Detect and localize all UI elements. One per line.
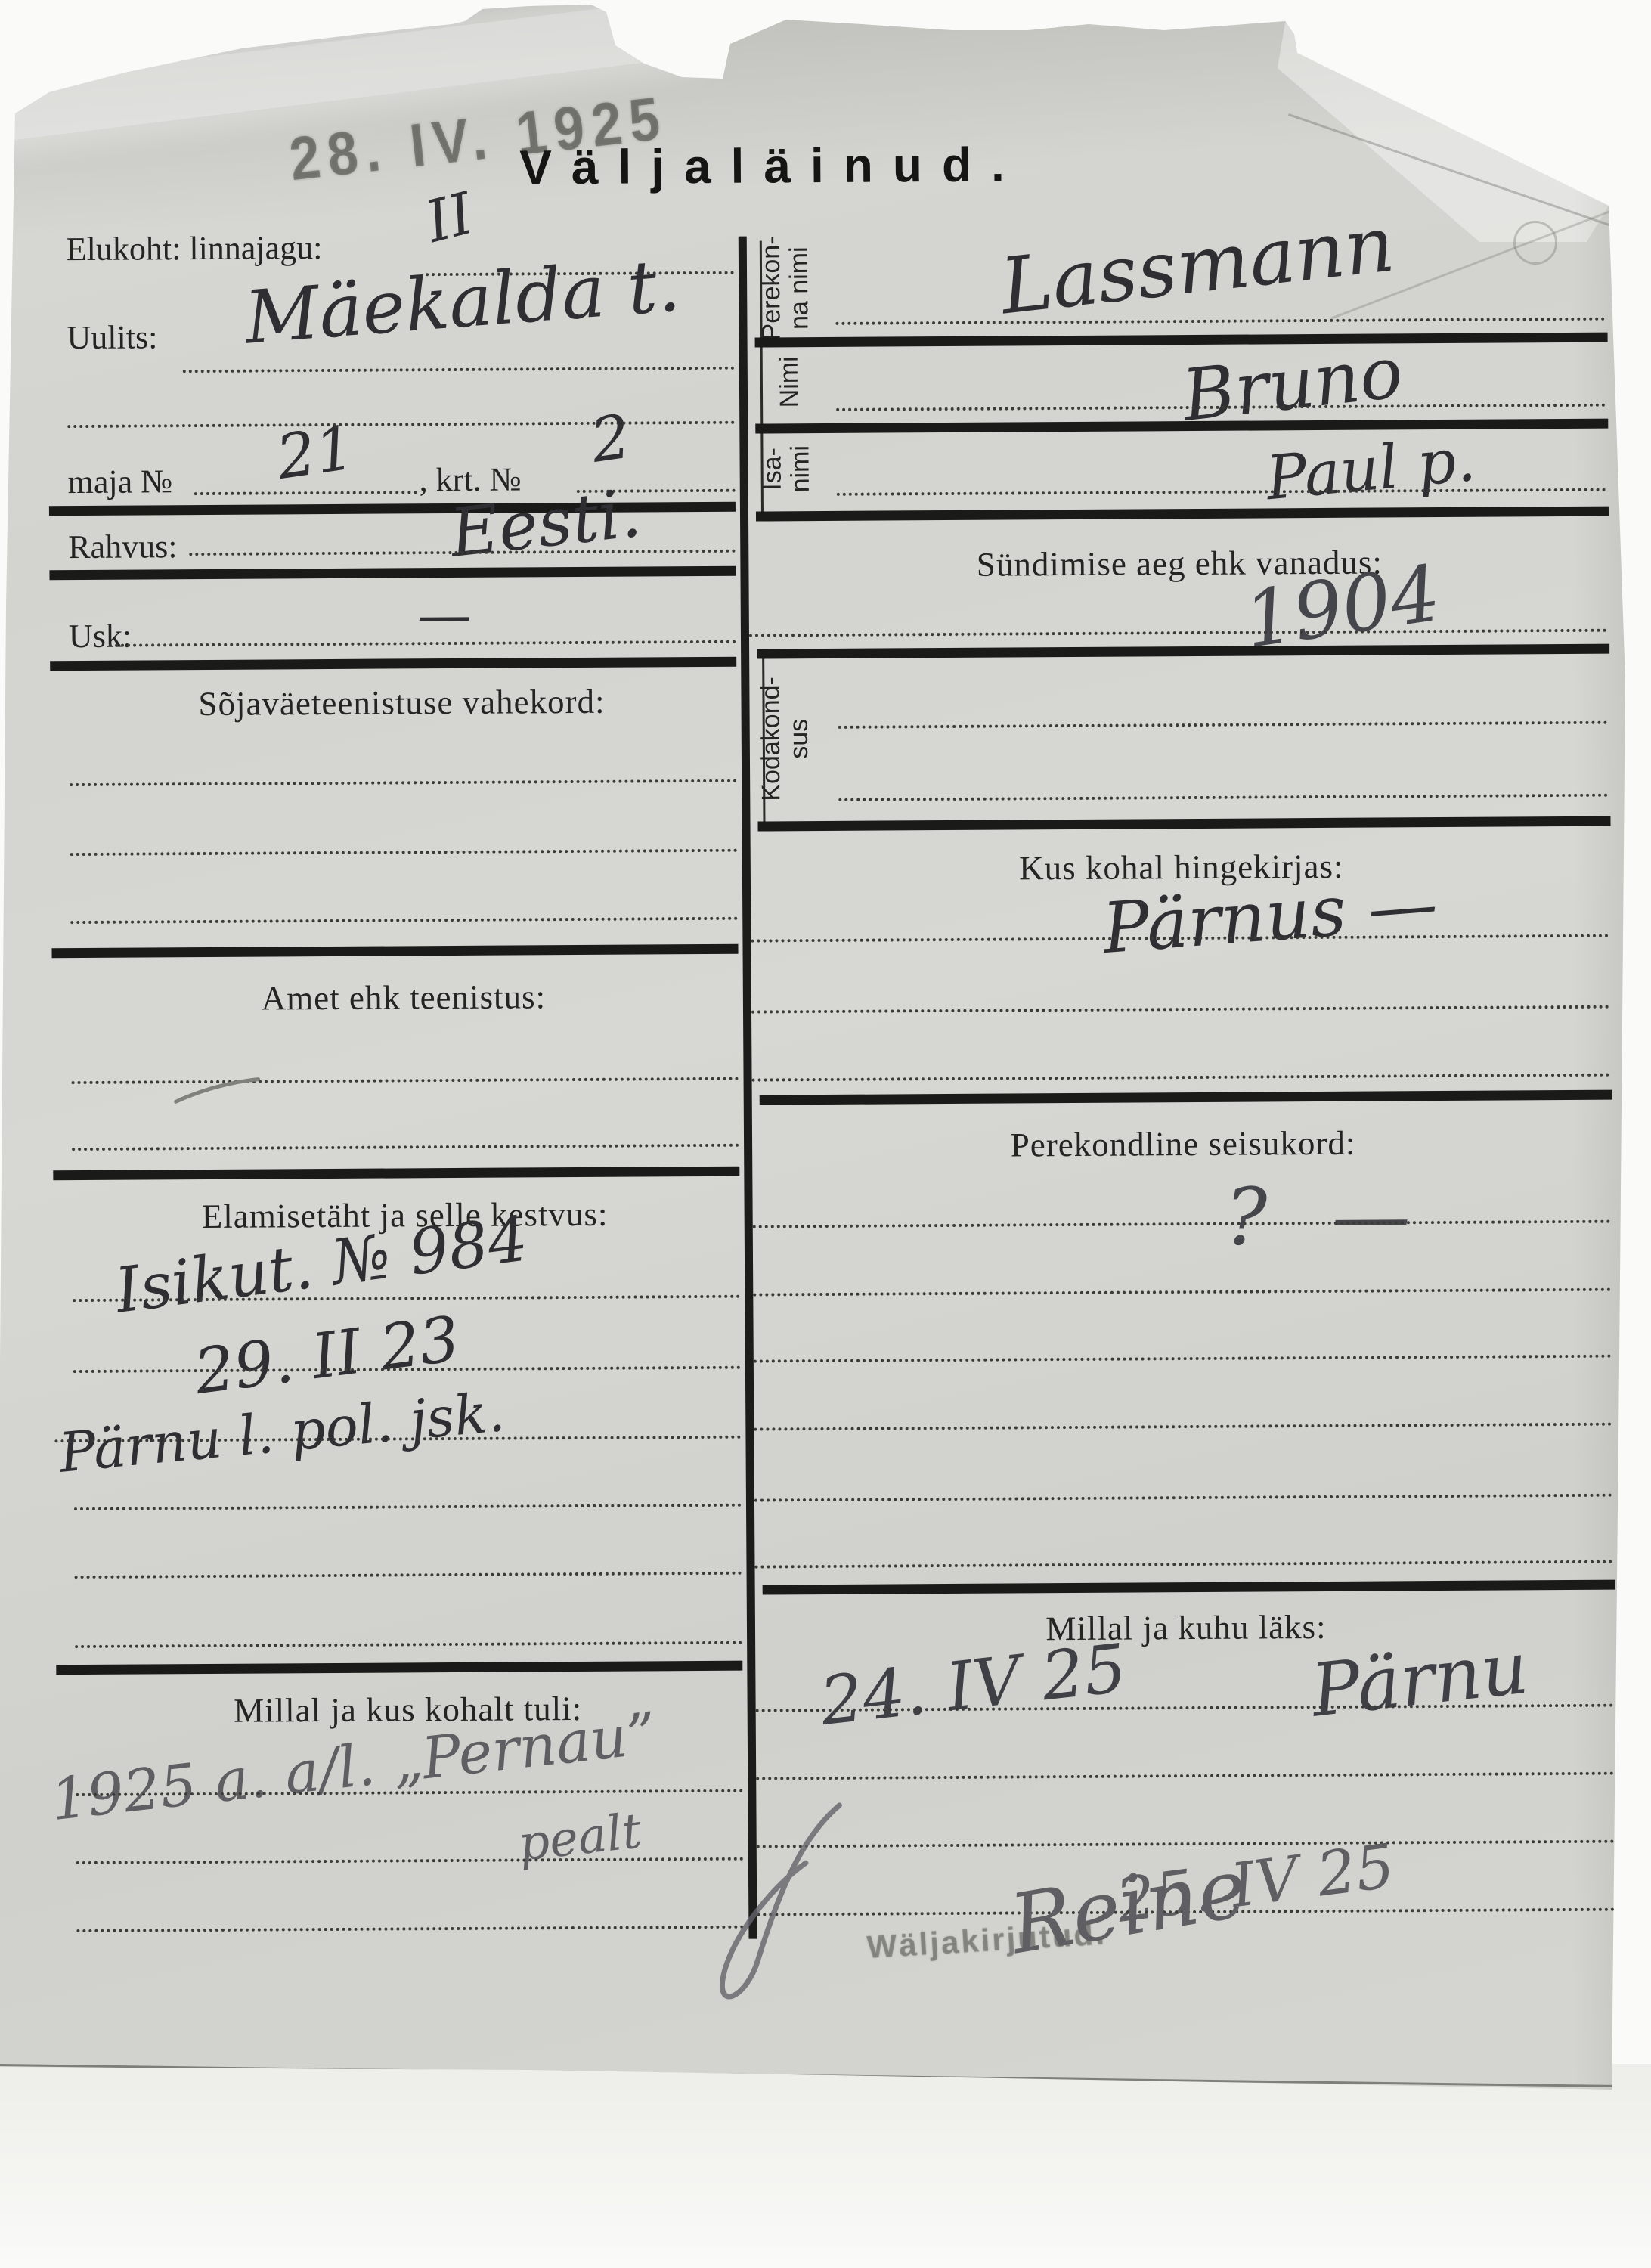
dotted-line (194, 491, 417, 495)
thick-rule (756, 507, 1609, 522)
dotted-line (753, 1220, 1611, 1228)
usk-value: — (417, 583, 472, 646)
perekondline-value: ? — (1225, 1170, 1430, 1263)
sundimise-heading: Sündimise aeg ehk vanadus: (752, 541, 1606, 586)
kodakondsus-label-line2: sus (785, 663, 813, 814)
maja-nr-value: 21 (272, 412, 358, 493)
dotted-line (838, 721, 1608, 729)
dotted-line (754, 1560, 1612, 1569)
dotted-line (754, 1494, 1612, 1502)
signature: Reine (1004, 1841, 1253, 1972)
dotted-line (754, 1355, 1612, 1363)
thick-rule (49, 566, 736, 581)
thick-rule (763, 1580, 1615, 1595)
perekondline-heading: Perekondline seisukord: (756, 1122, 1610, 1167)
thick-rule (755, 333, 1608, 348)
dotted-line (75, 1572, 742, 1579)
perekonnanimi-label-line1: Perekon- (757, 231, 786, 345)
dotted-line (838, 794, 1608, 801)
dotted-line (756, 1772, 1614, 1780)
dotted-line (76, 1857, 744, 1864)
isanimi-label-line1: Isa- (758, 412, 787, 525)
dotted-line (835, 318, 1605, 325)
margin-mark: II (419, 179, 479, 256)
perekonnanimi-value: Lassmann (996, 199, 1399, 332)
krt-nr-value: 2 (587, 401, 635, 476)
dotted-line (67, 421, 735, 428)
dotted-line (75, 1641, 742, 1648)
pencil-stroke (172, 1076, 263, 1110)
perekonnanimi-label-line2: na nimi (785, 231, 813, 345)
dotted-line (70, 779, 737, 786)
isanimi-vertical-label: Isa- nimi (758, 412, 832, 526)
dotted-line (70, 849, 738, 856)
center-divider (739, 237, 757, 1939)
sojavaeteenistus-heading: Sõjaväeteenistuse vahekord: (69, 681, 734, 724)
thick-rule (757, 816, 1610, 832)
kodakondsus-vertical-label: Kodakond- sus (757, 663, 830, 815)
isanimi-value: Paul p. (1263, 424, 1479, 513)
thick-rule (51, 944, 738, 959)
tuli-value-2: pealt (516, 1803, 644, 1873)
amet-heading: Amet ehk teenistus: (71, 976, 736, 1019)
dotted-line (183, 367, 735, 373)
dotted-line (752, 1074, 1610, 1082)
thick-rule (53, 1167, 739, 1181)
dotted-line (757, 1840, 1615, 1848)
thick-rule (757, 644, 1609, 659)
dotted-line (837, 488, 1606, 496)
thick-rule (755, 419, 1608, 434)
dotted-line (751, 1005, 1609, 1014)
dotted-line (753, 1288, 1611, 1297)
rahvus-label: Rahvus: (68, 527, 178, 566)
isanimi-label-line2: nimi (786, 412, 815, 525)
dotted-line (749, 629, 1607, 637)
thick-rule (760, 1090, 1612, 1105)
usk-label: Usk: (69, 617, 132, 656)
perekonnanimi-vertical-label: Perekon- na nimi (757, 231, 831, 345)
scanned-registration-card: 28. IV. 1925 Väljaläinud. II Elukoht: li… (0, 0, 1651, 2268)
dotted-line (74, 1504, 742, 1510)
form-content: 28. IV. 1925 Väljaläinud. II Elukoht: li… (0, 0, 1651, 2268)
thick-rule (50, 657, 736, 671)
dotted-line (754, 1423, 1612, 1431)
maja-nr-label: maja № (68, 462, 173, 501)
kodakondsus-label-line1: Kodakond- (757, 663, 785, 814)
dotted-line (72, 1144, 739, 1151)
dotted-line (70, 917, 738, 924)
page-title: Väljaläinud. (519, 136, 1024, 195)
uulits-label: Uulits: (67, 318, 157, 357)
elukoht-label: Elukoht: linnajagu: (67, 228, 323, 268)
dotted-line (76, 1926, 744, 1932)
thick-rule (56, 1661, 742, 1675)
pencil-flourish (684, 1792, 867, 2034)
